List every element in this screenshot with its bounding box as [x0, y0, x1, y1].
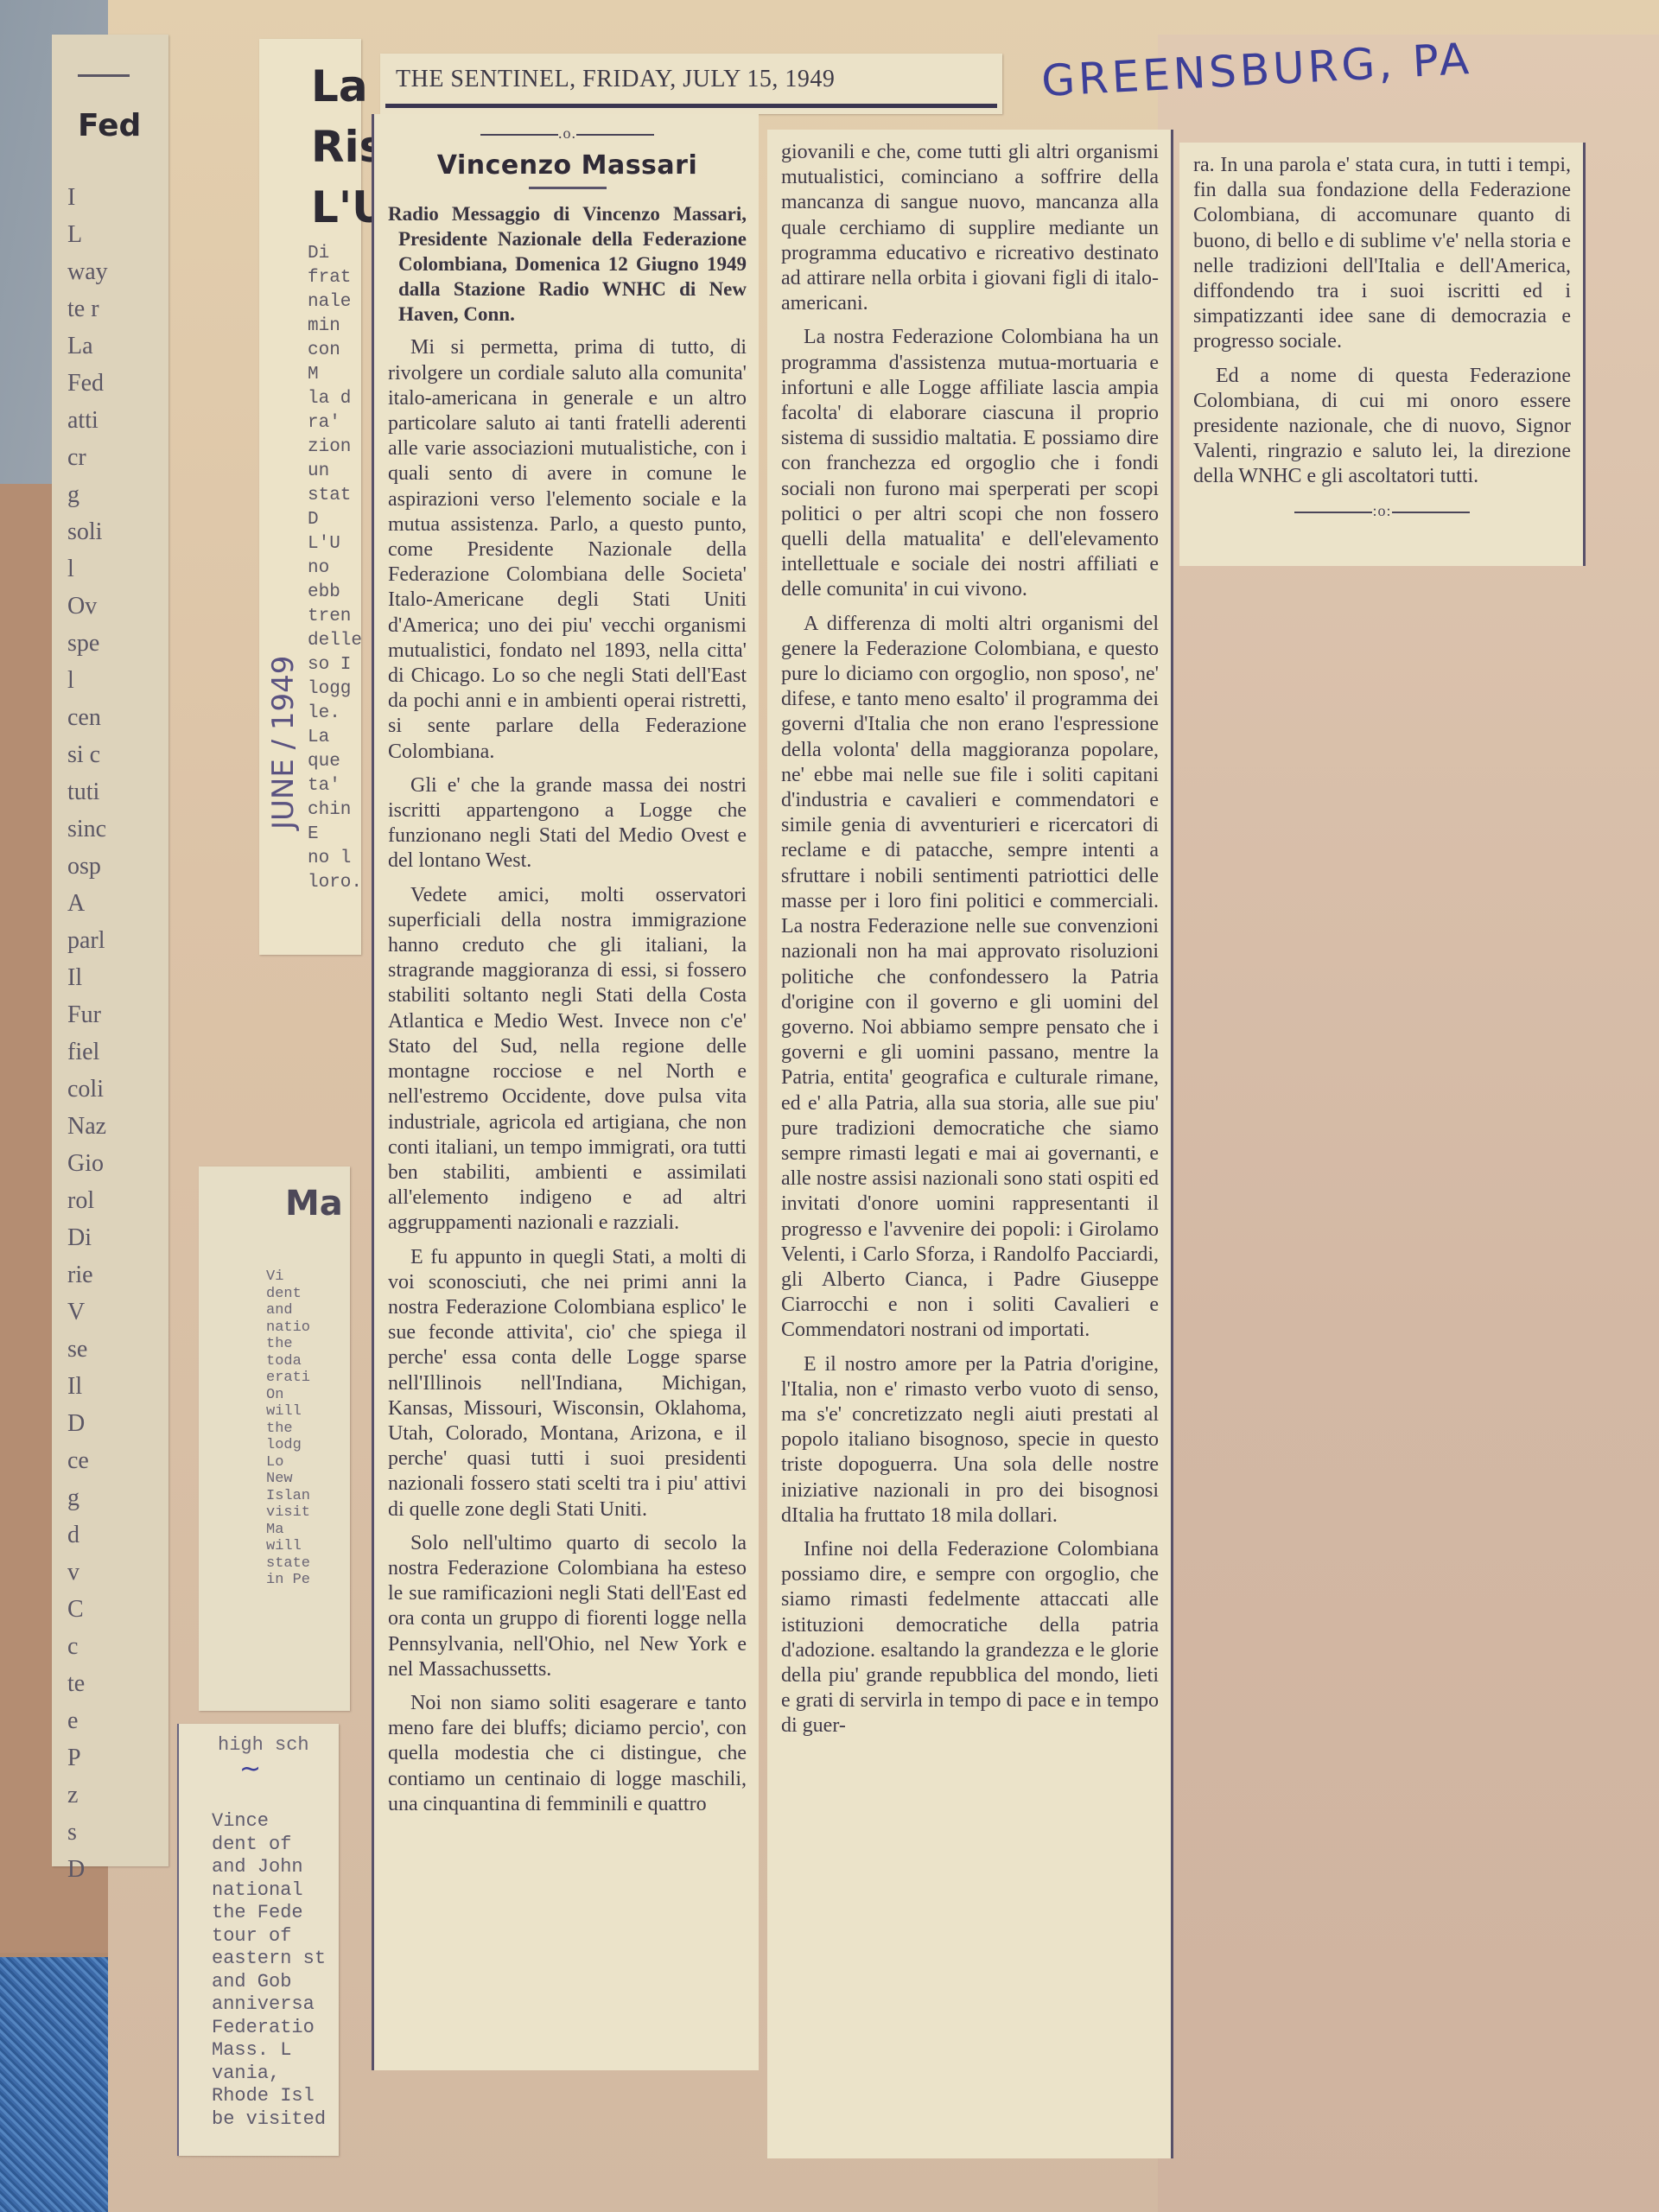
clipping-line: Fur: [67, 999, 101, 1032]
clipping-line: parl: [67, 925, 105, 957]
clipping-line: La: [308, 726, 362, 750]
clipping-line: vania,: [212, 2063, 326, 2086]
column-1-body: Mi si permetta, prima di tutto, di rivol…: [388, 335, 747, 1817]
clipping-line: s: [67, 1816, 77, 1849]
clipping-line: atti: [67, 404, 99, 437]
clipping-line: la d: [308, 387, 362, 411]
clipping-line: soli: [67, 516, 102, 549]
clipping-line: ebb: [308, 581, 362, 605]
clipping-line: d: [67, 1519, 79, 1552]
clipping-line: e: [67, 1705, 78, 1738]
clipping-line: logg: [308, 677, 362, 702]
clipping-line: chin: [308, 798, 362, 823]
clipping-line: V: [67, 1296, 85, 1329]
byline-rule: [529, 187, 607, 189]
clipping-line: stat: [308, 484, 362, 508]
clipping-line: con: [308, 339, 362, 363]
clipping-line: delle: [308, 629, 362, 653]
clipping-line: Gio: [67, 1147, 104, 1180]
clipping-line: Vi: [266, 1268, 310, 1286]
clipping-line: que: [308, 750, 362, 774]
clipping-line: ce: [67, 1445, 89, 1478]
article-paragraph: giovanili e che, come tutti gli altri or…: [781, 140, 1159, 316]
clipping-line: g: [67, 1482, 79, 1515]
end-ornament: :o:: [1193, 499, 1571, 524]
article-paragraph: Gli e' che la grande massa dei nostri is…: [388, 773, 747, 874]
clipping-line: un: [308, 460, 362, 484]
clipping-line: tren: [308, 605, 362, 629]
clipping-line: Ma: [266, 1522, 310, 1539]
clipping-strip-fed: Fed ILwayte rLaFedatticrgsolilOvspelcens…: [52, 35, 168, 1866]
strip-la-text: DifratnaleminconMla dra'zionunstatDL'Uno…: [308, 242, 362, 895]
clipping-line: nale: [308, 290, 362, 315]
strip-ma-text: VidentandnatiothetodaeratiOnwillthelodgL…: [266, 1268, 310, 1589]
clipping-line: I: [67, 181, 75, 214]
clipping-line: te: [67, 1668, 85, 1700]
clipping-line: l: [67, 553, 74, 586]
clipping-line: fiel: [67, 1036, 99, 1069]
clipping-line: way: [67, 256, 108, 289]
top-ornament: .o.: [388, 121, 747, 146]
clipping-line: erati: [266, 1370, 310, 1387]
article-paragraph: Solo nell'ultimo quarto di secolo la nos…: [388, 1531, 747, 1682]
clipping-line: tour of: [212, 1925, 326, 1948]
clipping-line: New: [266, 1471, 310, 1488]
clipping-line: zion: [308, 435, 362, 460]
clipping-line: Ov: [67, 590, 97, 623]
article-paragraph: A differenza di molti altri organismi de…: [781, 612, 1159, 1344]
article-paragraph: Infine noi della Federazione Colombiana …: [781, 1537, 1159, 1739]
clipping-line: le.: [308, 702, 362, 726]
clipping-line: and John: [212, 1856, 326, 1879]
article-paragraph: Noi non siamo soliti esagerare e tanto m…: [388, 1691, 747, 1817]
clipping-line: P: [67, 1742, 81, 1775]
clipping-line: dent of: [212, 1834, 326, 1857]
clipping-line: no: [308, 556, 362, 581]
clipping-line: Vince: [212, 1810, 326, 1834]
handwritten-date: JUNE / 1949: [266, 588, 301, 829]
clipping-line: will: [266, 1403, 310, 1421]
clipping-line: A: [67, 887, 85, 920]
strip-hs-topline: high sch: [218, 1734, 309, 1756]
article-byline: Vincenzo Massari: [388, 153, 747, 178]
clipping-line: spe: [67, 627, 99, 660]
strip-ma-headline: Ma: [285, 1184, 343, 1224]
clipping-line: Di: [308, 242, 362, 266]
clipping-line: no l: [308, 847, 362, 871]
newspaper-masthead: THE SENTINEL, FRIDAY, JULY 15, 1949: [380, 54, 1002, 114]
clipping-line: D: [308, 508, 362, 532]
article-intro: Radio Messaggio di Vincenzo Massari, Pre…: [388, 201, 747, 327]
clipping-line: visit: [266, 1504, 310, 1522]
strip-fed-headline: Fed: [78, 108, 141, 143]
clipping-line: C: [67, 1593, 84, 1626]
clipping-line: Islan: [266, 1488, 310, 1505]
article-column-1: .o. Vincenzo Massari Radio Messaggio di …: [372, 114, 759, 2070]
clipping-line: cr: [67, 442, 86, 474]
article-paragraph: E fu appunto in quegli Stati, a molti di…: [388, 1245, 747, 1522]
clipping-line: natio: [266, 1319, 310, 1337]
clipping-line: ta': [308, 774, 362, 798]
clipping-line: La: [67, 330, 93, 363]
clipping-line: frat: [308, 266, 362, 290]
clipping-line: toda: [266, 1353, 310, 1370]
clipping-line: the: [266, 1336, 310, 1353]
clipping-line: coli: [67, 1073, 104, 1106]
clipping-strip-ma: Ma VidentandnatiothetodaeratiOnwillthelo…: [199, 1166, 350, 1711]
clipping-line: anniversa: [212, 1993, 326, 2017]
strip-hs-text: Vincedent ofand Johnnationalthe Fedetour…: [212, 1810, 326, 2131]
clipping-line: tuti: [67, 776, 99, 809]
clipping-line: On: [266, 1387, 310, 1404]
clipping-line: si c: [67, 739, 100, 772]
clipping-line: E: [308, 823, 362, 847]
clipping-line: sinc: [67, 813, 106, 846]
clipping-line: g: [67, 479, 79, 512]
article-paragraph: Ed a nome di questa Federazione Colombia…: [1193, 364, 1571, 490]
clipping-line: will: [266, 1538, 310, 1555]
background-denim: [0, 1957, 117, 2212]
clipping-line: Di: [67, 1222, 92, 1255]
clipping-line: L'U: [308, 532, 362, 556]
clipping-line: Federatio: [212, 2017, 326, 2040]
clipping-line: v: [67, 1556, 79, 1589]
clipping-line: lodg: [266, 1437, 310, 1454]
clipping-line: dent: [266, 1286, 310, 1303]
clipping-line: Il: [67, 1370, 82, 1403]
clipping-line: eastern st: [212, 1948, 326, 1971]
column-2-body: giovanili e che, come tutti gli altri or…: [781, 140, 1159, 1739]
column-3-body: ra. In una parola e' stata cura, in tutt…: [1193, 153, 1571, 490]
article-paragraph: Vedete amici, molti osservatori superfic…: [388, 883, 747, 1236]
clipping-line: national: [212, 1879, 326, 1903]
article-paragraph: Mi si permetta, prima di tutto, di rivol…: [388, 335, 747, 764]
clipping-line: and Gob: [212, 1971, 326, 1994]
clipping-line: se: [67, 1333, 87, 1366]
clipping-line: D: [67, 1853, 85, 1886]
clipping-line: state: [266, 1555, 310, 1573]
clipping-line: ra': [308, 411, 362, 435]
clipping-line: Il: [67, 962, 82, 995]
clipping-line: D: [67, 1408, 85, 1440]
clipping-line: l: [67, 664, 74, 697]
clipping-line: rol: [67, 1185, 94, 1217]
clipping-line: Mass. L: [212, 2039, 326, 2063]
article-paragraph: ra. In una parola e' stata cura, in tutt…: [1193, 153, 1571, 355]
clipping-line: in Pe: [266, 1572, 310, 1589]
clipping-line: M: [308, 363, 362, 387]
clipping-line: and: [266, 1302, 310, 1319]
clipping-line: Fed: [67, 367, 104, 400]
clipping-line: the Fede: [212, 1902, 326, 1925]
masthead-rule: [385, 104, 997, 108]
clipping-strip-highschool: high sch ~ Vincedent ofand Johnnationalt…: [177, 1724, 339, 2156]
article-paragraph: E il nostro amore per la Patria d'origin…: [781, 1352, 1159, 1529]
clipping-line: so I: [308, 653, 362, 677]
clipping-line: Naz: [67, 1110, 106, 1143]
handwritten-scribble: ~: [239, 1754, 261, 1784]
clipping-line: be visited: [212, 2108, 326, 2132]
clipping-line: Rhode Isl: [212, 2085, 326, 2108]
clipping-line: Lo: [266, 1454, 310, 1471]
clipping-line: cen: [67, 702, 101, 734]
headline-line: La: [311, 56, 387, 117]
clipping-line: rie: [67, 1259, 93, 1292]
clipping-line: te r: [67, 293, 99, 326]
clipping-line: loro.: [308, 871, 362, 895]
article-column-3: ra. In una parola e' stata cura, in tutt…: [1179, 143, 1586, 566]
clipping-line: min: [308, 315, 362, 339]
clipping-line: L: [67, 219, 82, 251]
clipping-line: z: [67, 1779, 78, 1812]
article-paragraph: La nostra Federazione Colombiana ha un p…: [781, 325, 1159, 602]
clipping-line: c: [67, 1630, 78, 1663]
masthead-title: THE SENTINEL, FRIDAY, JULY 15, 1949: [396, 66, 835, 93]
clipping-line: osp: [67, 850, 101, 883]
clipping-line: the: [266, 1421, 310, 1438]
article-column-2: giovanili e che, come tutti gli altri or…: [767, 130, 1173, 2158]
